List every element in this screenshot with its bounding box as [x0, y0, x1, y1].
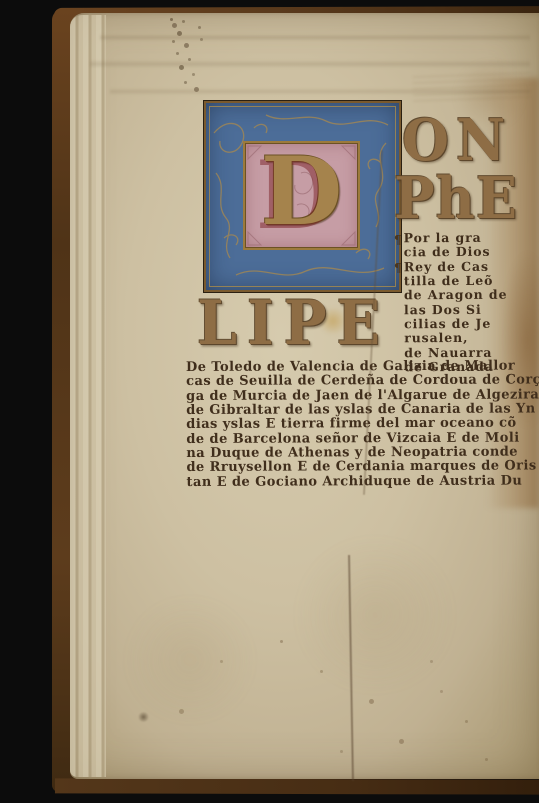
column-line: cia de Dios [404, 245, 508, 260]
binding-bottom-edge [55, 778, 539, 794]
calderon-mark-1: ¶ [394, 233, 402, 247]
initial-letter-d: D [245, 140, 358, 245]
illuminated-initial-block: D [204, 101, 401, 292]
display-word-lipe: LIPE [197, 288, 390, 359]
display-word-phe: PhE [394, 164, 518, 232]
titles-column: Por la gra cia de Dios Rey de Cas tilla … [404, 231, 508, 375]
pink-panel: D [243, 141, 360, 250]
column-line: de Aragon de [404, 288, 508, 303]
calderon-mark-2: ¶ [394, 261, 402, 275]
column-line: rusalen, [404, 331, 508, 346]
manuscript-photo: D ON PhE LIPE ¶ ¶ Por la gra cia de Dios… [0, 0, 539, 803]
body-line: tan E de Gociano Archiduque de Austria D… [187, 474, 539, 490]
main-text-block: De Toledo de Valencia de Galizia de Mall… [186, 359, 539, 490]
